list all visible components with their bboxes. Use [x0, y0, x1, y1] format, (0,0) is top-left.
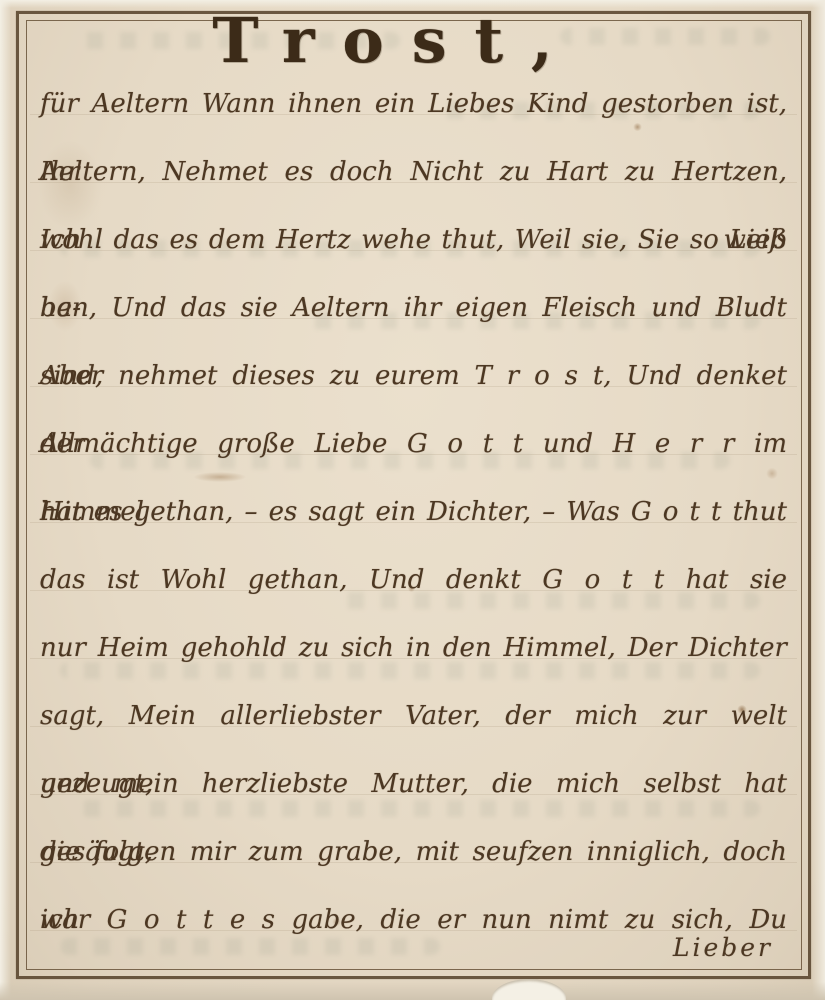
paper-edge-bottom: [0, 982, 825, 1000]
text-line: hat es gethan, – es sagt ein Dichter, – …: [40, 478, 787, 546]
paper-edge-right: [812, 0, 825, 1000]
body-text: für Aeltern Wann ihnen ein Liebes Kind g…: [40, 70, 787, 954]
text-line: für Aeltern Wann ihnen ein Liebes Kind g…: [40, 70, 787, 138]
text-line: Aeltern, Nehmet es doch Nicht zu Hart zu…: [40, 138, 787, 206]
paper-tear-notch: [492, 979, 566, 1000]
text-line: Aber nehmet dieses zu eurem T r o s t, U…: [40, 342, 787, 410]
paper-edge-left: [0, 0, 11, 1000]
text-line: sagt, Mein allerliebster Vater, der mich…: [40, 682, 787, 750]
text-line: die folgen mir zum grabe, mit seufzen in…: [40, 818, 787, 886]
text-line: wohl das es dem Hertz wehe thut, Weil si…: [40, 206, 787, 274]
text-line: ben, Und das sie Aeltern ihr eigen Fleis…: [40, 274, 787, 342]
text-line: nur Heim gehohld zu sich in den Himmel, …: [40, 614, 787, 682]
manuscript-page: Trost, für Aeltern Wann ihnen ein Liebes…: [0, 0, 825, 1000]
catchword: Lieber: [673, 933, 773, 962]
text-line: das ist Wohl gethan, Und denkt G o t t h…: [40, 546, 787, 614]
page-title: Trost,: [0, 4, 765, 77]
text-line: Allmächtige große Liebe G o t t und H e …: [40, 410, 787, 478]
text-line: und mein herzliebste Mutter, die mich se…: [40, 750, 787, 818]
